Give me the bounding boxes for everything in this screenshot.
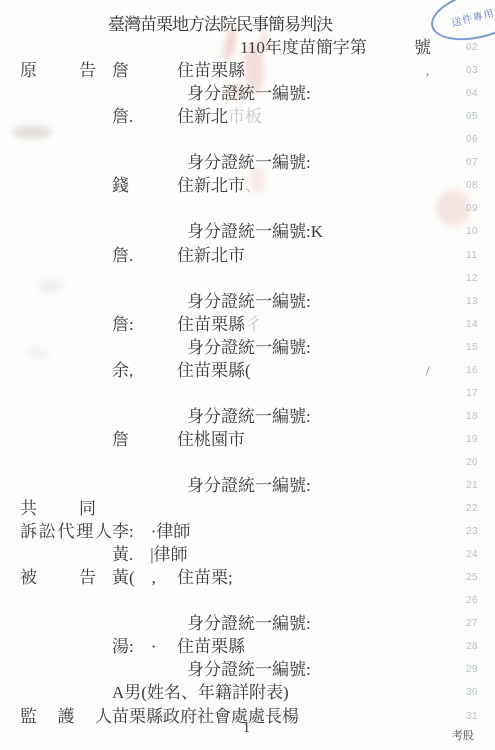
party-address-faint: 、 [245, 176, 262, 195]
party-name: 湯: · [112, 635, 156, 658]
line-number: 12 [466, 267, 492, 290]
party-address-faint: 彳 [245, 315, 262, 334]
line-number: 27 [466, 612, 492, 635]
document-line: 詹.住新北市板05 [0, 105, 495, 128]
document-line: 110年度苗簡字第號02 [0, 36, 495, 59]
line-number: 24 [466, 543, 492, 566]
party-name: A男(姓名、年籍詳附表) [112, 681, 289, 704]
party-name: 詹. [112, 105, 133, 128]
line-number: 06 [466, 128, 492, 151]
document-line: 身分證統一編號:27 [0, 612, 495, 635]
party-role: 原告 [20, 59, 96, 82]
party-name: 詹. [112, 244, 133, 267]
line-number: 30 [466, 681, 492, 704]
document-line: 身分證統一編號:07 [0, 151, 495, 174]
party-name: 黃. |律師 [112, 543, 188, 566]
party-address-text: 住苗栗縣 [177, 637, 245, 656]
party-role: 訴訟代理人 [20, 520, 112, 543]
document-line: 身分證統一編號:29 [0, 658, 495, 681]
document-line: 被告黃( ,住苗栗;25 [0, 566, 495, 589]
line-number: 25 [466, 566, 492, 589]
page-number: 1 [243, 721, 250, 737]
document-line: 黃. |律師24 [0, 543, 495, 566]
line-number: 04 [466, 82, 492, 105]
document-line: 09 [0, 197, 495, 220]
party-address: 住苗栗; [177, 566, 233, 589]
title-line: 臺灣苗栗地方法院民事簡易判決 [0, 13, 495, 36]
line-number: 16 [466, 359, 492, 382]
line-number: 10 [466, 220, 492, 243]
line-number: 20 [466, 451, 492, 474]
line-number: 08 [466, 174, 492, 197]
line-number: 13 [466, 290, 492, 313]
line-number: 23 [466, 520, 492, 543]
id-number-line: 身分證統一編號: [187, 658, 311, 681]
party-name: 錢 [112, 174, 129, 197]
id-number-line: 身分證統一編號: [187, 82, 311, 105]
document-line: 詹.住新北市11 [0, 244, 495, 267]
party-address-text: 住苗栗縣 [177, 61, 245, 80]
document-line: 原告詹住苗栗縣,03 [0, 59, 495, 82]
scanned-judgment-page: 送件專用章 臺灣苗栗地方法院民事簡易判決110年度苗簡字第號02原告詹住苗栗縣,… [0, 0, 495, 750]
line-number: 19 [466, 428, 492, 451]
party-address-text: 住新北市 [177, 176, 245, 195]
document-line: 共同22 [0, 497, 495, 520]
line-number: 29 [466, 658, 492, 681]
party-name: 苗栗縣政府社會處處長楊 [112, 705, 299, 728]
document-line: 詹住桃園市19 [0, 428, 495, 451]
document-title: 臺灣苗栗地方法院民事簡易判決 [108, 13, 332, 36]
id-number-line: 身分證統一編號:K [187, 220, 323, 243]
id-number-line: 身分證統一編號: [187, 474, 311, 497]
document-line: 26 [0, 589, 495, 612]
party-address: 住苗栗縣彳 [177, 313, 262, 336]
line-number: 02 [466, 36, 492, 59]
line-number: 09 [466, 197, 492, 220]
line-number: 11 [466, 244, 492, 267]
document-line: 余,住苗栗縣(/16 [0, 359, 495, 382]
case-number-suffix: 號 [414, 36, 431, 59]
document-line: 06 [0, 128, 495, 151]
line-number: 07 [466, 151, 492, 174]
id-number-line: 身分證統一編號: [187, 405, 311, 428]
id-number-line: 身分證統一編號: [187, 336, 311, 359]
line-number: 17 [466, 382, 492, 405]
party-role: 監護人 [20, 705, 112, 728]
line-number: 05 [466, 105, 492, 128]
document-line: 身分證統一編號:18 [0, 405, 495, 428]
party-address: 住新北市 [177, 244, 245, 267]
document-line: 身分證統一編號:13 [0, 290, 495, 313]
party-name: 余, [112, 359, 133, 382]
document-line: 20 [0, 451, 495, 474]
line-number: 21 [466, 474, 492, 497]
party-name: 詹 [112, 59, 129, 82]
party-address-text: 住苗栗縣( [177, 361, 251, 380]
party-address-text: 住苗栗; [177, 568, 233, 587]
party-address: 住新北市、 [177, 174, 262, 197]
party-name: 李: ·律師 [112, 520, 190, 543]
document-line: 錢住新北市、08 [0, 174, 495, 197]
document-line: 12 [0, 267, 495, 290]
punctuation-mark: , [426, 59, 429, 82]
party-name: 黃( , [112, 566, 156, 589]
party-address: 住苗栗縣 [177, 59, 245, 82]
line-number: 03 [466, 59, 492, 82]
party-address-faint: 市板 [228, 107, 262, 126]
party-address: 住桃園市 [177, 428, 245, 451]
party-address-text: 住桃園市 [177, 430, 245, 449]
document-line: 訴訟代理人李: ·律師23 [0, 520, 495, 543]
id-number-line: 身分證統一編號: [187, 151, 311, 174]
party-address-text: 住新北 [177, 107, 228, 126]
document-line: 湯: ·住苗栗縣28 [0, 635, 495, 658]
party-name: 詹 [112, 428, 129, 451]
line-number: 18 [466, 405, 492, 428]
party-address: 住苗栗縣 [177, 635, 245, 658]
court-division-label: 考股 [452, 727, 474, 743]
document-line: 身分證統一編號:21 [0, 474, 495, 497]
party-address: 住新北市板 [177, 105, 262, 128]
id-number-line: 身分證統一編號: [187, 290, 311, 313]
document-line: 詹:住苗栗縣彳14 [0, 313, 495, 336]
line-number: 28 [466, 635, 492, 658]
line-number: 15 [466, 336, 492, 359]
document-line: 身分證統一編號:K10 [0, 220, 495, 243]
punctuation-mark: / [426, 359, 430, 382]
party-name: 詹: [112, 313, 134, 336]
party-address-text: 住苗栗縣 [177, 315, 245, 334]
document-line: 身分證統一編號:15 [0, 336, 495, 359]
document-line: 17 [0, 382, 495, 405]
document-line: 身分證統一編號:04 [0, 82, 495, 105]
document-line: A男(姓名、年籍詳附表)30 [0, 681, 495, 704]
party-role: 被告 [20, 566, 96, 589]
party-address-text: 住新北市 [177, 246, 245, 265]
party-address: 住苗栗縣( [177, 359, 251, 382]
case-number: 110年度苗簡字第 [240, 36, 367, 59]
id-number-line: 身分證統一編號: [187, 612, 311, 635]
line-number: 22 [466, 497, 492, 520]
party-role: 共同 [20, 497, 96, 520]
line-number: 14 [466, 313, 492, 336]
line-number: 26 [466, 589, 492, 612]
line-number: 31 [466, 705, 492, 728]
